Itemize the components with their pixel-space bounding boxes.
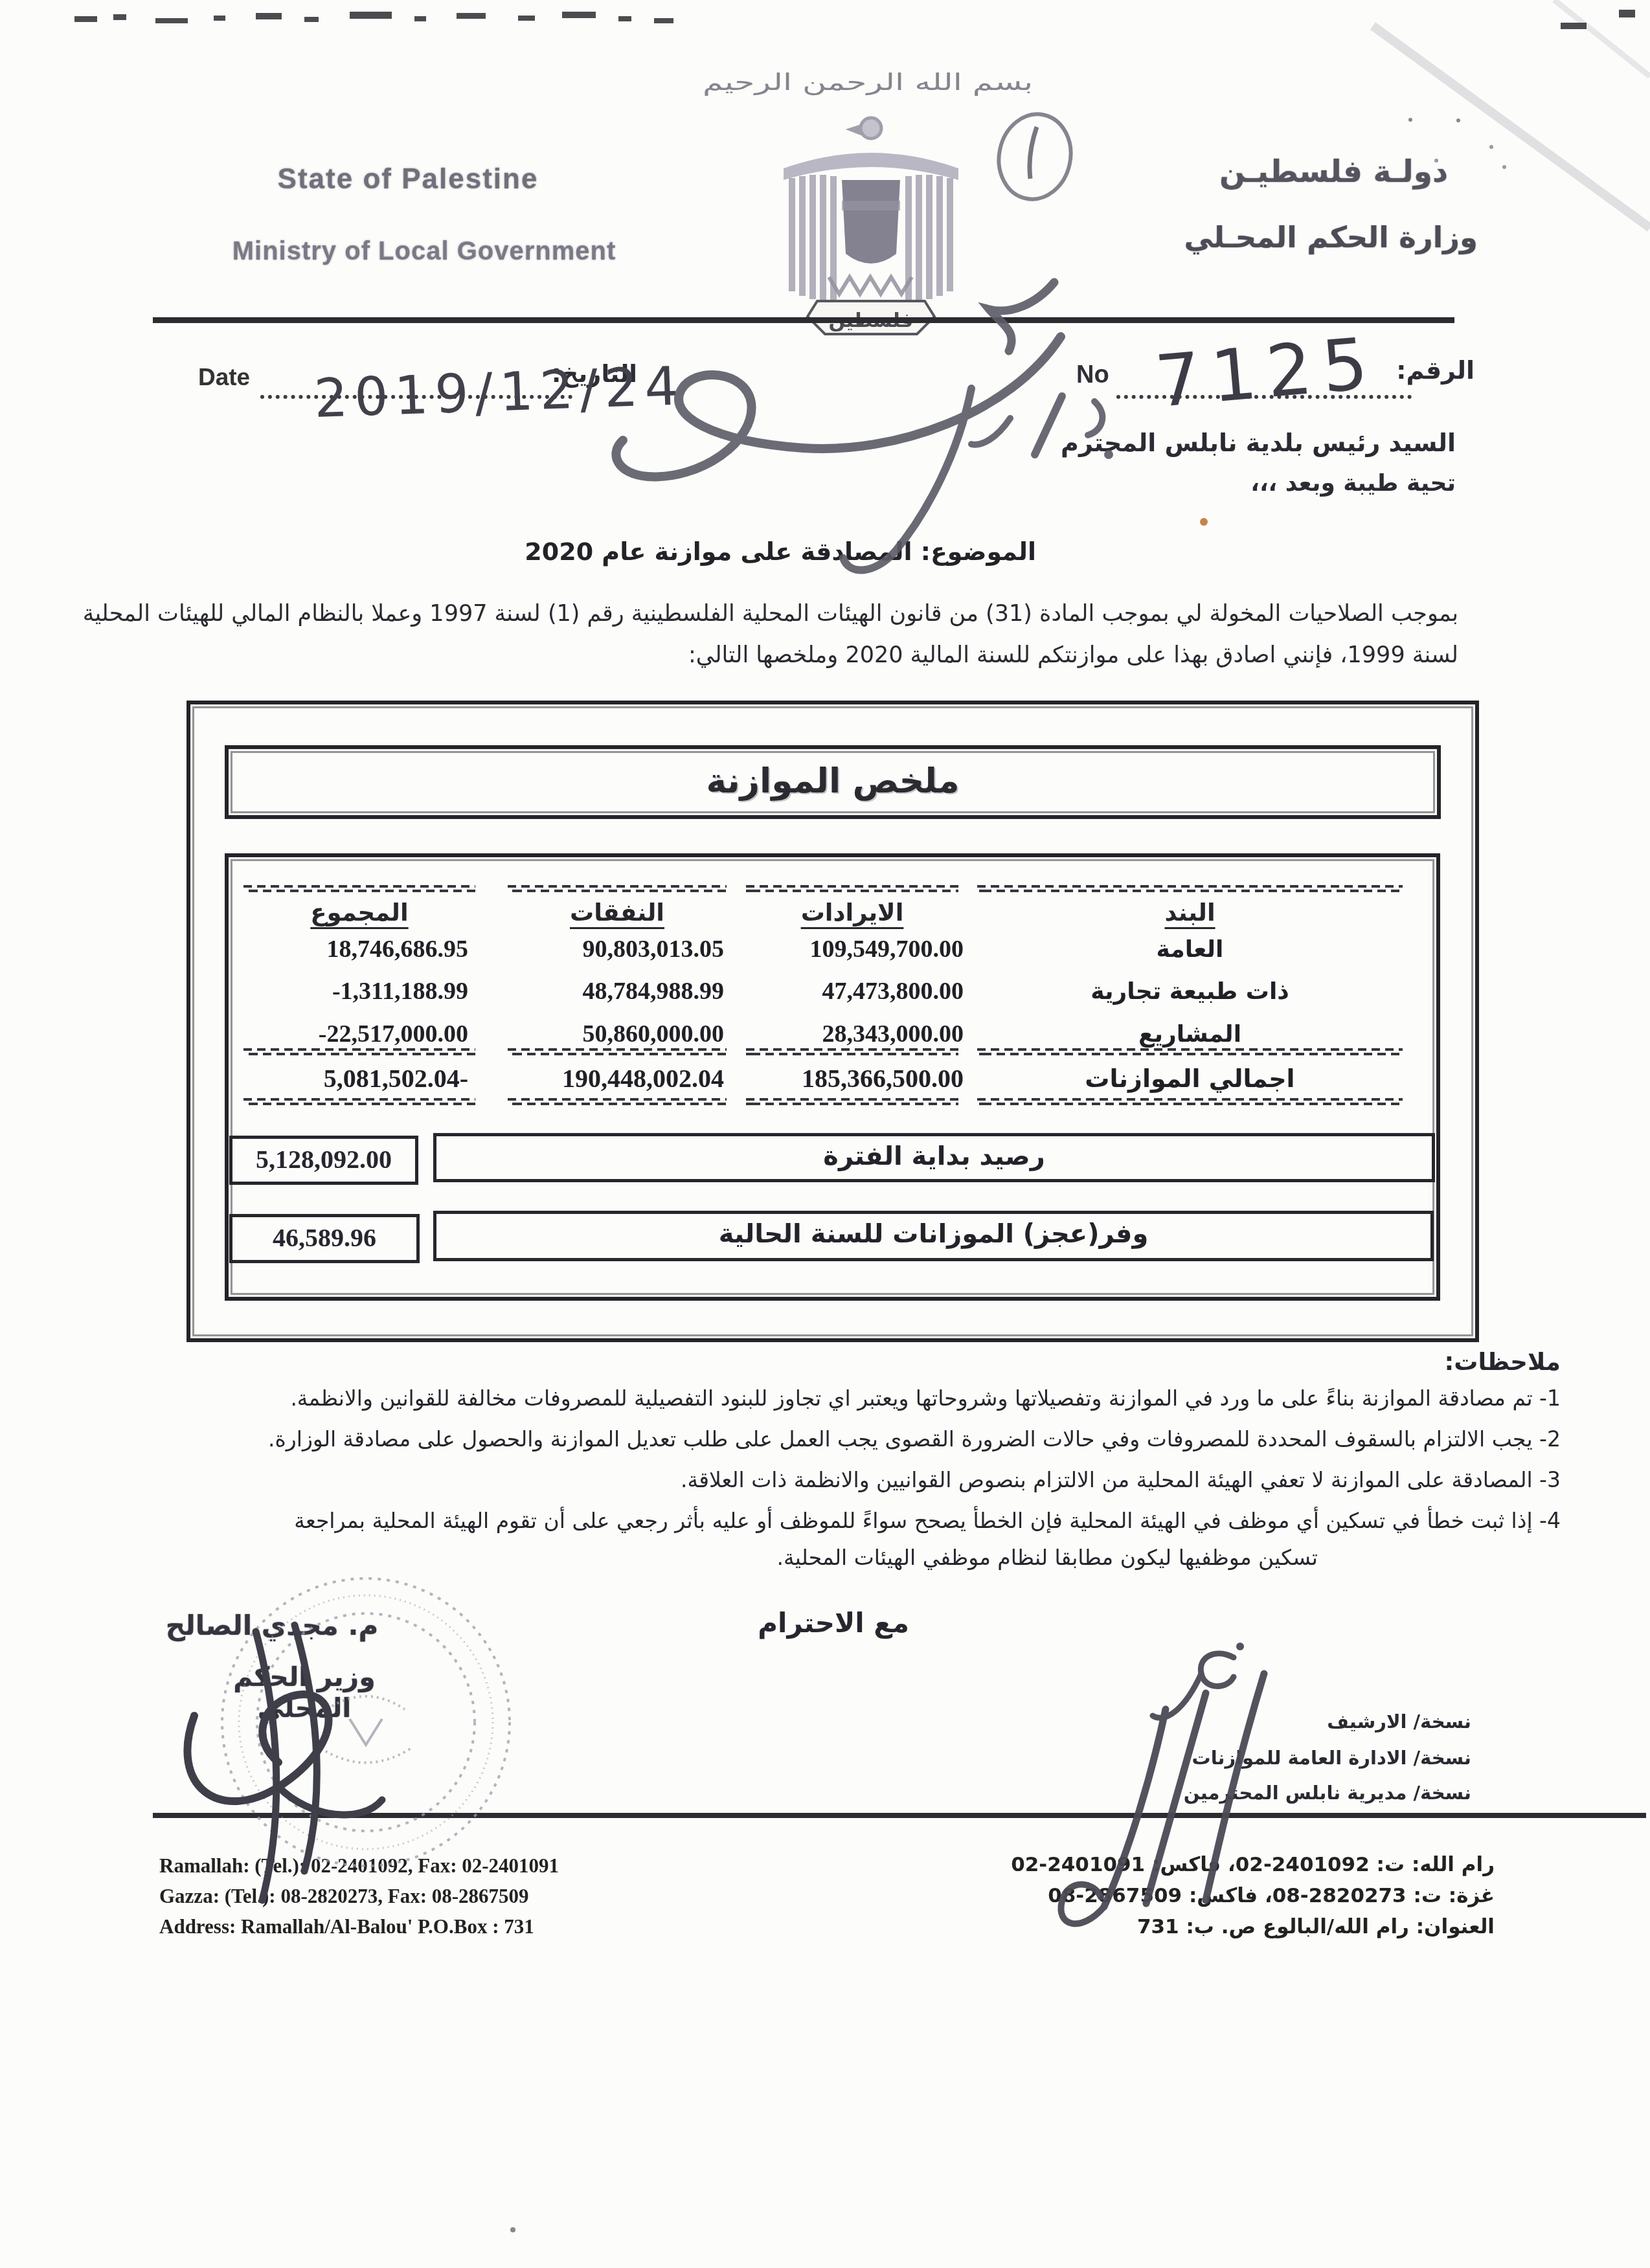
- copy-line-budget-admin: نسخة/ الادارة العامة للموازنات: [1192, 1747, 1471, 1769]
- footer-ar-address: العنوان: رام الله/البالوع ص. ب: 731: [1137, 1915, 1495, 1938]
- notes-heading: ملاحظات:: [1444, 1348, 1561, 1376]
- column-header-item: البند: [977, 899, 1403, 926]
- english-header-state: State of Palestine: [214, 163, 602, 196]
- table-cell-revenues: 109,549,700.00: [740, 935, 964, 963]
- body-paragraph-line2: لسنة 1999، فإنني اصادق بهذا على موازنتكم…: [688, 642, 1458, 668]
- scanned-letter-page: State of Palestine Ministry of Local Gov…: [0, 0, 1650, 2268]
- subject-line: الموضوع: المصادقة على موازنة عام 2020: [583, 537, 1036, 566]
- note-item-4-continuation: تسكين موظفيها ليكون مطابقا لنظام موظفي ا…: [777, 1545, 1318, 1570]
- totals-cell-expenses: 190,448,002.04: [501, 1063, 724, 1094]
- table-cell-item: المشاريع: [977, 1021, 1403, 1048]
- table-cell-total: -22,517,000.00: [235, 1020, 468, 1048]
- totals-separator: [243, 1048, 475, 1055]
- column-header-expenses: النفقات: [508, 899, 727, 926]
- arabic-header-state: دولـة فلسطيـن: [1219, 154, 1448, 190]
- surplus-deficit-label: وفر(عجز) الموزانات للسنة الحالية: [433, 1211, 1434, 1261]
- totals-cell-revenues: 185,366,500.00: [740, 1063, 964, 1094]
- table-cell-expenses: 90,803,013.05: [501, 935, 724, 963]
- number-label-ar: الرقم:: [1396, 356, 1475, 385]
- table-cell-total: 18,746,686.95: [235, 935, 468, 963]
- totals-separator-bottom: [243, 1098, 475, 1105]
- column-header-total: المجموع: [243, 899, 475, 926]
- date-label-en: Date: [198, 364, 250, 391]
- english-header-ministry: Ministry of Local Government: [188, 237, 661, 266]
- surplus-deficit-value: 46,589.96: [229, 1214, 420, 1263]
- column-header-revenues: الايرادات: [746, 899, 958, 926]
- note-item-2: 2- يجب الالتزام بالسقوف المحددة للمصروفا…: [268, 1426, 1561, 1452]
- footer-rule: [153, 1813, 1646, 1818]
- note-item-3: 3- المصادقة على الموازنة لا تعفي الهيئة …: [681, 1467, 1561, 1492]
- opening-balance-label: رصيد بداية الفترة: [433, 1133, 1435, 1182]
- totals-separator: [977, 1048, 1403, 1055]
- column-dash-revenues: [746, 885, 958, 892]
- totals-cell-total: 5,081,502.04-: [235, 1063, 468, 1094]
- budget-table-body-frame: المجموع النفقات الايرادات البند 18,746,6…: [225, 853, 1440, 1301]
- date-label-ar: التاريخ:: [552, 360, 637, 388]
- table-cell-expenses: 50,860,000.00: [501, 1020, 724, 1048]
- greeting-line: تحية طيبة وبعد ،،،: [1250, 470, 1456, 497]
- scan-speck: [510, 2227, 515, 2232]
- table-cell-revenues: 47,473,800.00: [740, 977, 964, 1005]
- note-item-4: 4- إذا ثبت خطأ في تسكين أي موظف في الهيئ…: [294, 1508, 1561, 1533]
- basmala-calligraphy: بسم الله الرحمن الرحيم: [690, 70, 1046, 96]
- table-cell-item: ذات طبيعة تجارية: [977, 978, 1403, 1005]
- table-cell-total: -1,311,188.99: [235, 977, 468, 1005]
- closing-respect: مع الاحترام: [758, 1607, 909, 1639]
- signer-name: م. مجدي الصالح: [165, 1610, 379, 1641]
- totals-separator-bottom: [746, 1098, 958, 1105]
- table-cell-revenues: 28,343,000.00: [740, 1020, 964, 1048]
- copy-line-nablus-directorate: نسخة/ مديرية نابلس المحترمين: [1184, 1782, 1471, 1804]
- column-dash-item: [977, 885, 1403, 892]
- copy-line-archive: نسخة/ الارشيف: [1327, 1711, 1471, 1733]
- scan-speck-orange: [1200, 518, 1208, 526]
- opening-balance-value: 5,128,092.00: [229, 1136, 418, 1185]
- footer-en-address: Address: Ramallah/Al-Balou' P.O.Box : 73…: [159, 1915, 534, 1938]
- date-dotted-leader: [260, 366, 572, 399]
- totals-separator-bottom: [508, 1098, 727, 1105]
- table-cell-expenses: 48,784,988.99: [501, 977, 724, 1005]
- arabic-header-ministry: وزارة الحكم المحـلي: [1184, 220, 1478, 254]
- table-cell-item: العامة: [977, 936, 1403, 963]
- column-dash-total: [243, 885, 475, 892]
- circled-annotation: [991, 107, 1078, 206]
- header-rule: [153, 317, 1454, 323]
- footer-ar-gazza: غزة: ت: 2820273-08، فاكس: 2867509-08: [1048, 1884, 1495, 1907]
- footer-en-gazza: Gazza: (Tel.): 08-2820273, Fax: 08-28675…: [159, 1885, 529, 1908]
- recipient-line: السيد رئيس بلدية نابلس المحترم: [1061, 429, 1456, 457]
- totals-separator: [508, 1048, 727, 1055]
- signer-title: وزير الحكم المحلي: [185, 1661, 424, 1723]
- footer-ar-ramallah: رام الله: ت: 2401092-02، فاكس: 2401091-0…: [1011, 1853, 1495, 1876]
- totals-cell-item: اجمالي الموازنات: [977, 1064, 1403, 1093]
- palestine-eagle-emblem: فلسطين: [745, 104, 997, 363]
- number-label-en: No: [1076, 361, 1109, 389]
- scan-crease: [1373, 0, 1650, 228]
- column-dash-expenses: [508, 885, 727, 892]
- footer-en-ramallah: Ramallah: (Tel.): 02-2401092, Fax: 02-24…: [159, 1854, 559, 1878]
- note-item-1: 1- تم مصادقة الموازنة بناءً على ما ورد ف…: [290, 1386, 1561, 1411]
- totals-separator: [746, 1048, 958, 1055]
- number-dotted-leader: [1116, 366, 1412, 399]
- emblem-shield: [842, 180, 900, 264]
- body-paragraph-line1: بموجب الصلاحيات المخولة لي بموجب المادة …: [83, 601, 1458, 627]
- budget-table-title: ملخص الموازنة: [225, 745, 1441, 819]
- totals-separator-bottom: [977, 1098, 1403, 1105]
- scan-edge-dashes: [74, 10, 1635, 29]
